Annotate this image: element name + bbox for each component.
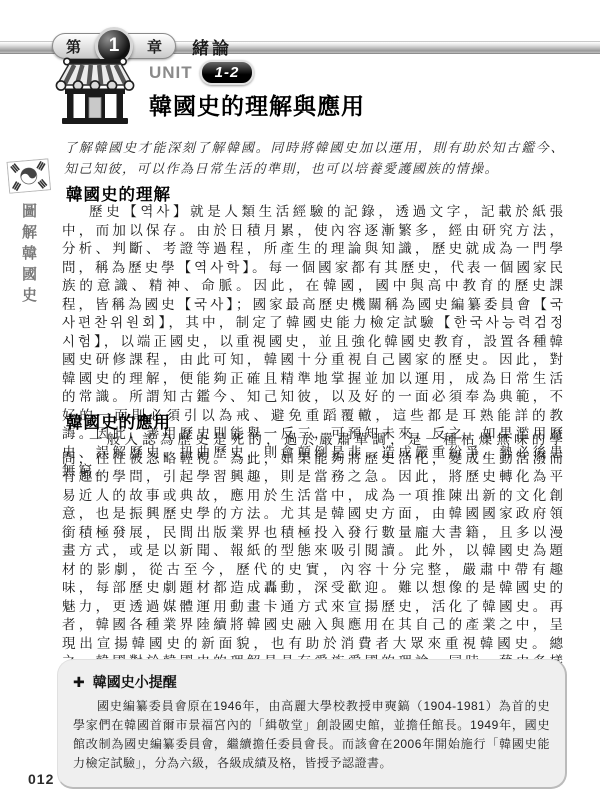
unit-header: UNIT 1-2 韓國史的理解與應用 xyxy=(53,56,365,130)
tip-box: ✚ 韓國史小提醒 國史編纂委員會原在1946年，由高麗大學校教授申奭鎬（1904… xyxy=(57,659,567,789)
section-heading-application: 韓國史的應用 xyxy=(66,409,171,433)
page-number: 012 xyxy=(28,771,54,787)
unit-number-badge: 1-2 xyxy=(200,60,255,85)
book-page: 第 1 章 緒論 xyxy=(0,0,600,812)
tip-title: 韓國史小提醒 xyxy=(93,672,177,692)
chapter-prefix: 第 xyxy=(66,36,81,57)
chapter-title: 緒論 xyxy=(192,34,232,59)
unit-label: UNIT xyxy=(149,63,193,83)
korean-flag-icon xyxy=(6,158,51,199)
section-heading-understanding: 韓國史的理解 xyxy=(66,181,171,205)
chapter-suffix: 章 xyxy=(147,36,162,57)
tip-header: ✚ 韓國史小提醒 xyxy=(73,672,550,692)
chapter-number: 1 xyxy=(109,35,120,57)
unit-title: 韓國史的理解與應用 xyxy=(149,88,365,121)
tip-body: 國史編纂委員會原在1946年，由高麗大學校教授申奭鎬（1904-1981）為首的… xyxy=(73,697,550,773)
book-series-title: 圖解韓國史 xyxy=(18,203,39,308)
intro-paragraph: 了解韓國史才能深刻了解韓國。同時將韓國史加以運用，則有助於知古鑑今、知己知彼，可… xyxy=(64,137,565,179)
plus-icon: ✚ xyxy=(73,675,85,689)
pavilion-icon xyxy=(53,56,139,130)
